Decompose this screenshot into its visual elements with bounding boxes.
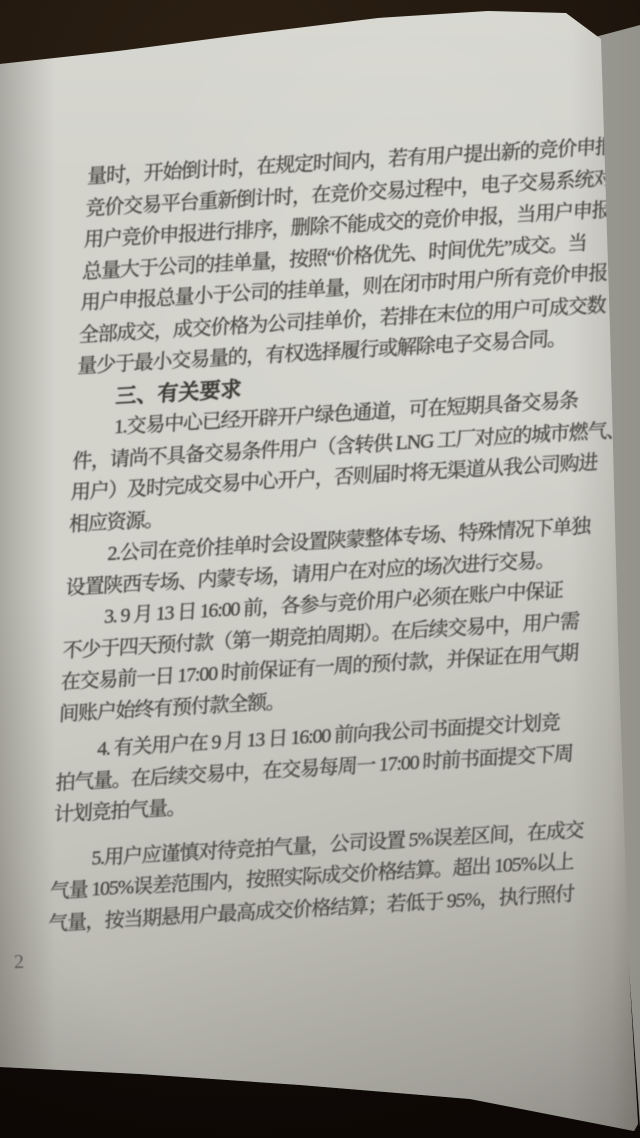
document-page: 量时，开始倒计时，在规定时间内，若有用户提出新的竞价申报， 竞价交易平台重新倒计… xyxy=(0,0,640,1138)
page-number: 2 xyxy=(14,951,25,974)
document-text: 量时，开始倒计时，在规定时间内，若有用户提出新的竞价申报， 竞价交易平台重新倒计… xyxy=(47,131,618,940)
